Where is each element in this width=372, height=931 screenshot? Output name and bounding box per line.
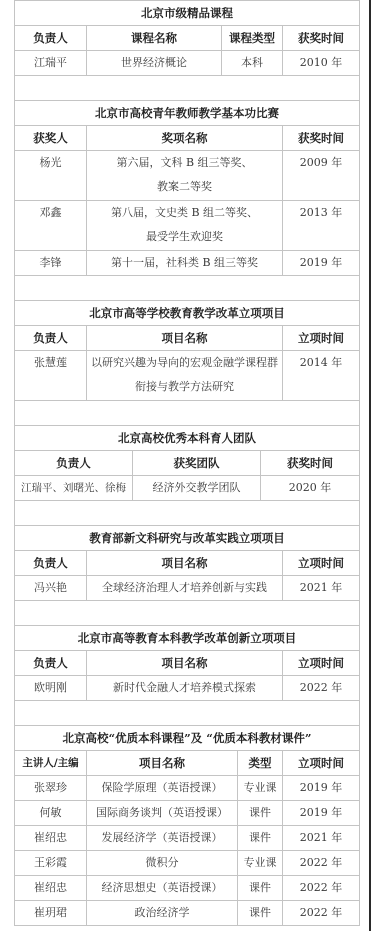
cell-year: 2022 年: [283, 851, 360, 876]
awards-document: 北京市级精品课程 负责人 课程名称 课程类型 获奖时间 江瑞平 世界经济概论 本…: [14, 0, 359, 926]
cell-project: 经济思想史（英语授课）: [87, 876, 238, 901]
section-quality-courses-materials: 北京高校“优质本科课程”及 “优质本科教材课件” 主讲人/主编 项目名称 类型 …: [14, 725, 360, 926]
table-header-row: 负责人 获奖团队 获奖时间: [15, 451, 360, 476]
cell-course: 世界经济概论: [87, 51, 222, 76]
cell-year: 2019 年: [283, 801, 360, 826]
column-header: 获奖团队: [133, 451, 261, 476]
column-header: 负责人: [15, 326, 87, 351]
section-title: 北京市高校青年教师教学基本功比赛: [15, 101, 360, 126]
column-header: 项目名称: [87, 551, 283, 576]
cell-year: 2021 年: [283, 826, 360, 851]
table-row: 王彩霞 微积分 专业课 2022 年: [15, 851, 360, 876]
cell-project: 发展经济学（英语授课）: [87, 826, 238, 851]
column-header: 获奖时间: [283, 26, 360, 51]
table-header-row: 主讲人/主编 项目名称 类型 立项时间: [15, 751, 360, 776]
cell-person: 欧明刚: [15, 676, 87, 701]
table-row: 欧明刚 新时代金融人才培养模式探索 2022 年: [15, 676, 360, 701]
cell-project: 国际商务谈判（英语授课）: [87, 801, 238, 826]
cell-year: 2021 年: [283, 576, 360, 601]
table-row: 杨光 第六届，文科 B 组三等奖、 教案二等奖 2009 年: [15, 151, 360, 201]
cell-person: 崔绍忠: [15, 826, 87, 851]
section-municipal-quality-course: 北京市级精品课程 负责人 课程名称 课程类型 获奖时间 江瑞平 世界经济概论 本…: [14, 0, 360, 101]
cell-person: 张慧莲: [15, 351, 87, 401]
cell-year: 2022 年: [283, 676, 360, 701]
table-row: 李锋 第十一届，社科类 B 组三等奖 2019 年: [15, 251, 360, 276]
column-header: 获奖时间: [261, 451, 360, 476]
section-title: 北京市级精品课程: [15, 1, 360, 26]
section-title: 教育部新文科研究与改革实践立项项目: [15, 526, 360, 551]
cell-person: 江瑞平: [15, 51, 87, 76]
cell-person: 何敏: [15, 801, 87, 826]
table-row: 邓鑫 第八届，文史类 B 组二等奖、 最受学生欢迎奖 2013 年: [15, 201, 360, 251]
table-row: 何敏 国际商务谈判（英语授课） 课件 2019 年: [15, 801, 360, 826]
section-spacer: [15, 276, 360, 301]
cell-project: 微积分: [87, 851, 238, 876]
section-spacer: [15, 601, 360, 626]
cell-project: 以研究兴趣为导向的宏观金融学课程群 衔接与教学方法研究: [87, 351, 283, 401]
cell-award: 第八届，文史类 B 组二等奖、 最受学生欢迎奖: [87, 201, 283, 251]
table-header-row: 负责人 项目名称 立项时间: [15, 326, 360, 351]
section-undergrad-innovation-project: 北京市高等教育本科教学改革创新立项项目 负责人 项目名称 立项时间 欧明刚 新时…: [14, 625, 360, 726]
section-title: 北京高校优秀本科育人团队: [15, 426, 360, 451]
cell-type: 课件: [238, 826, 283, 851]
column-header: 项目名称: [87, 326, 283, 351]
cell-year: 2013 年: [283, 201, 360, 251]
cell-award: 第十一届，社科类 B 组三等奖: [87, 251, 283, 276]
column-header: 主讲人/主编: [15, 751, 87, 776]
cell-year: 2022 年: [283, 901, 360, 926]
cell-project: 政治经济学: [87, 901, 238, 926]
cell-year: 2009 年: [283, 151, 360, 201]
cell-year: 2022 年: [283, 876, 360, 901]
cell-project: 保险学原理（英语授课）: [87, 776, 238, 801]
table-row: 崔绍忠 经济思想史（英语授课） 课件 2022 年: [15, 876, 360, 901]
section-undergrad-team: 北京高校优秀本科育人团队 负责人 获奖团队 获奖时间 江瑞平、刘曙光、徐梅 经济…: [14, 425, 360, 526]
cell-person: 冯兴艳: [15, 576, 87, 601]
table-header-row: 获奖人 奖项名称 获奖时间: [15, 126, 360, 151]
section-title: 北京市高等学校教育教学改革立项项目: [15, 301, 360, 326]
column-header: 负责人: [15, 651, 87, 676]
cell-type: 课件: [238, 901, 283, 926]
section-title: 北京高校“优质本科课程”及 “优质本科教材课件”: [15, 726, 360, 751]
cell-type: 课件: [238, 801, 283, 826]
column-header: 获奖人: [15, 126, 87, 151]
section-title: 北京市高等教育本科教学改革创新立项项目: [15, 626, 360, 651]
column-header: 立项时间: [283, 651, 360, 676]
column-header: 立项时间: [283, 326, 360, 351]
section-spacer: [15, 501, 360, 526]
cell-type: 专业课: [238, 851, 283, 876]
column-header: 课程名称: [87, 26, 222, 51]
cell-person: 崔玥珺: [15, 901, 87, 926]
table-row: 冯兴艳 全球经济治理人才培养创新与实践 2021 年: [15, 576, 360, 601]
column-header: 立项时间: [283, 551, 360, 576]
cell-type: 课件: [238, 876, 283, 901]
column-header: 项目名称: [87, 651, 283, 676]
cell-person: 李锋: [15, 251, 87, 276]
table-row: 江瑞平、刘曙光、徐梅 经济外交教学团队 2020 年: [15, 476, 360, 501]
section-new-liberal-arts-project: 教育部新文科研究与改革实践立项项目 负责人 项目名称 立项时间 冯兴艳 全球经济…: [14, 525, 360, 626]
cell-year: 2020 年: [261, 476, 360, 501]
cell-type: 本科: [222, 51, 283, 76]
column-header: 负责人: [15, 26, 87, 51]
table-row: 张翠珍 保险学原理（英语授课） 专业课 2019 年: [15, 776, 360, 801]
column-header: 获奖时间: [283, 126, 360, 151]
column-header: 立项时间: [283, 751, 360, 776]
cell-person: 邓鑫: [15, 201, 87, 251]
page-edge-divider: [369, 0, 371, 931]
section-spacer: [15, 401, 360, 426]
cell-year: 2019 年: [283, 251, 360, 276]
column-header: 项目名称: [87, 751, 238, 776]
cell-year: 2010 年: [283, 51, 360, 76]
column-header: 负责人: [15, 551, 87, 576]
section-spacer: [15, 701, 360, 726]
column-header: 类型: [238, 751, 283, 776]
cell-project: 全球经济治理人才培养创新与实践: [87, 576, 283, 601]
cell-person: 江瑞平、刘曙光、徐梅: [15, 476, 133, 501]
cell-year: 2019 年: [283, 776, 360, 801]
cell-person: 杨光: [15, 151, 87, 201]
cell-year: 2014 年: [283, 351, 360, 401]
table-header-row: 负责人 项目名称 立项时间: [15, 551, 360, 576]
cell-person: 王彩霞: [15, 851, 87, 876]
cell-type: 专业课: [238, 776, 283, 801]
table-row: 江瑞平 世界经济概论 本科 2010 年: [15, 51, 360, 76]
column-header: 负责人: [15, 451, 133, 476]
table-header-row: 负责人 项目名称 立项时间: [15, 651, 360, 676]
table-row: 崔绍忠 发展经济学（英语授课） 课件 2021 年: [15, 826, 360, 851]
cell-project: 新时代金融人才培养模式探索: [87, 676, 283, 701]
cell-person: 张翠珍: [15, 776, 87, 801]
table-header-row: 负责人 课程名称 课程类型 获奖时间: [15, 26, 360, 51]
table-row: 张慧莲 以研究兴趣为导向的宏观金融学课程群 衔接与教学方法研究 2014 年: [15, 351, 360, 401]
cell-person: 崔绍忠: [15, 876, 87, 901]
cell-team: 经济外交教学团队: [133, 476, 261, 501]
section-young-teacher-competition: 北京市高校青年教师教学基本功比赛 获奖人 奖项名称 获奖时间 杨光 第六届，文科…: [14, 100, 360, 301]
column-header: 课程类型: [222, 26, 283, 51]
table-row: 崔玥珺 政治经济学 课件 2022 年: [15, 901, 360, 926]
section-spacer: [15, 76, 360, 101]
column-header: 奖项名称: [87, 126, 283, 151]
section-education-reform-project: 北京市高等学校教育教学改革立项项目 负责人 项目名称 立项时间 张慧莲 以研究兴…: [14, 300, 360, 426]
cell-award: 第六届，文科 B 组三等奖、 教案二等奖: [87, 151, 283, 201]
